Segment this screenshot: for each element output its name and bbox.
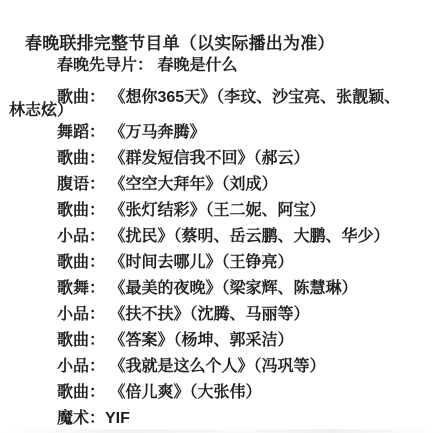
program-item-song-beiershuang: 歌曲： 《倍儿爽》（大张伟） <box>0 380 440 406</box>
program-item-sketch-wojiushi: 小品： 《我就是这么个人》（冯巩等） <box>0 354 440 380</box>
lead-line: 春晚先导片： 春晚是什么 <box>57 52 237 75</box>
program-list-page: 春晚联排完整节目单（以实际播出为准） 春晚先导片： 春晚是什么 歌曲： 《想你3… <box>0 0 440 433</box>
program-item-song-shijian: 歌曲： 《时间去哪儿》（王铮亮） <box>0 250 440 276</box>
program-item-song-zhangdeng: 歌曲： 《张灯结彩》（王二妮、阿宝） <box>0 198 440 224</box>
program-item-ventriloquism: 腹语： 《空空大拜年》（刘成） <box>0 172 440 198</box>
program-item-song-daan: 歌曲： 《答案》（杨坤、郭采洁） <box>0 328 440 354</box>
program-item-song-qunfa: 歌曲： 《群发短信我不回》（郝云） <box>0 146 440 172</box>
program-line-song365-wrap: 林志炫） <box>9 97 73 120</box>
scan-artifact <box>0 429 440 433</box>
program-item-songdance-zuimei: 歌舞： 《最美的夜晚》（梁家辉、陈慧琳） <box>0 276 440 302</box>
program-item-dance: 舞蹈： 《万马奔腾》 <box>0 120 440 146</box>
program-item-sketch-raomin: 小品： 《扰民》（蔡明、岳云鹏、大鹏、华少） <box>0 224 440 250</box>
program-list: 舞蹈： 《万马奔腾》 歌曲： 《群发短信我不回》（郝云） 腹语： 《空空大拜年》… <box>0 120 440 432</box>
program-item-sketch-fubufu: 小品： 《扶不扶》（沈腾、马丽等） <box>0 302 440 328</box>
page-title: 春晚联排完整节目单（以实际播出为准） <box>25 29 335 54</box>
program-line-song365: 歌曲： 《想你365天》（李玟、沙宝亮、张靓颖、 <box>57 84 400 107</box>
